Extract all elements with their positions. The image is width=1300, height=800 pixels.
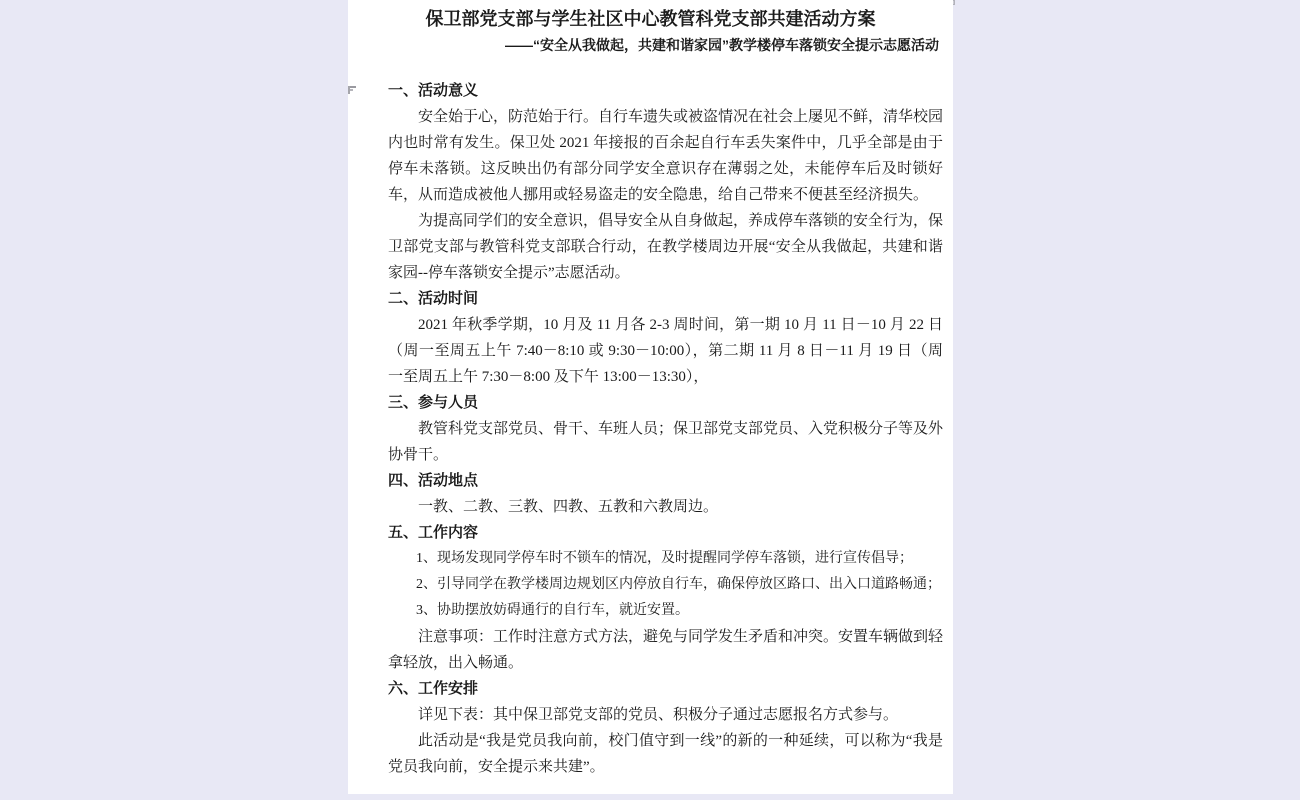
section-1-paragraph: 安全始于心，防范始于行。自行车遗失或被盗情况在社会上屡见不鲜，清华校园内也时常有…	[388, 104, 943, 208]
document-content: 保卫部党支部与学生社区中心教管科党支部共建活动方案 ——“安全从我做起，共建和谐…	[348, 0, 953, 780]
section-6-paragraph: 此活动是“我是党员我向前，校门值守到一线”的新的一种延续，可以称为“我是党员我向…	[388, 728, 943, 780]
section-5-list-item: 2、引导同学在教学楼周边规划区内停放自行车，确保停放区路口、出入口道路畅通；	[388, 572, 943, 598]
section-1-paragraph: 为提高同学们的安全意识，倡导安全从自身做起，养成停车落锁的安全行为，保卫部党支部…	[388, 208, 943, 286]
editor-canvas: 保卫部党支部与学生社区中心教管科党支部共建活动方案 ——“安全从我做起，共建和谐…	[0, 0, 1300, 800]
document-subtitle: ——“安全从我做起，共建和谐家园”教学楼停车落锁安全提示志愿活动	[388, 32, 943, 58]
section-5-notes-paragraph: 注意事项：工作时注意方式方法，避免与同学发生矛盾和冲突。安置车辆做到轻拿轻放，出…	[388, 624, 943, 676]
page-edge-artifact-icon	[348, 85, 357, 95]
section-6-paragraph: 详见下表：其中保卫部党支部的党员、积极分子通过志愿报名方式参与。	[388, 702, 943, 728]
document-title: 保卫部党支部与学生社区中心教管科党支部共建活动方案	[348, 6, 953, 32]
section-3-paragraph: 教管科党支部党员、骨干、车班人员；保卫部党支部党员、入党积极分子等及外协骨干。	[388, 416, 943, 468]
section-3-heading: 三、参与人员	[388, 390, 943, 416]
section-5-heading: 五、工作内容	[388, 520, 943, 546]
section-5-list-item: 3、协助摆放妨碍通行的自行车，就近安置。	[388, 598, 943, 624]
section-4-heading: 四、活动地点	[388, 468, 943, 494]
section-1-heading: 一、活动意义	[388, 78, 943, 104]
document-page[interactable]: 保卫部党支部与学生社区中心教管科党支部共建活动方案 ——“安全从我做起，共建和谐…	[348, 0, 953, 794]
section-2-paragraph: 2021 年秋季学期，10 月及 11 月各 2-3 周时间，第一期 10 月 …	[388, 312, 943, 390]
section-6-heading: 六、工作安排	[388, 676, 943, 702]
section-2-heading: 二、活动时间	[388, 286, 943, 312]
section-5-list-item: 1、现场发现同学停车时不锁车的情况，及时提醒同学停车落锁，进行宣传倡导；	[388, 546, 943, 572]
section-4-paragraph: 一教、二教、三教、四教、五教和六教周边。	[388, 494, 943, 520]
